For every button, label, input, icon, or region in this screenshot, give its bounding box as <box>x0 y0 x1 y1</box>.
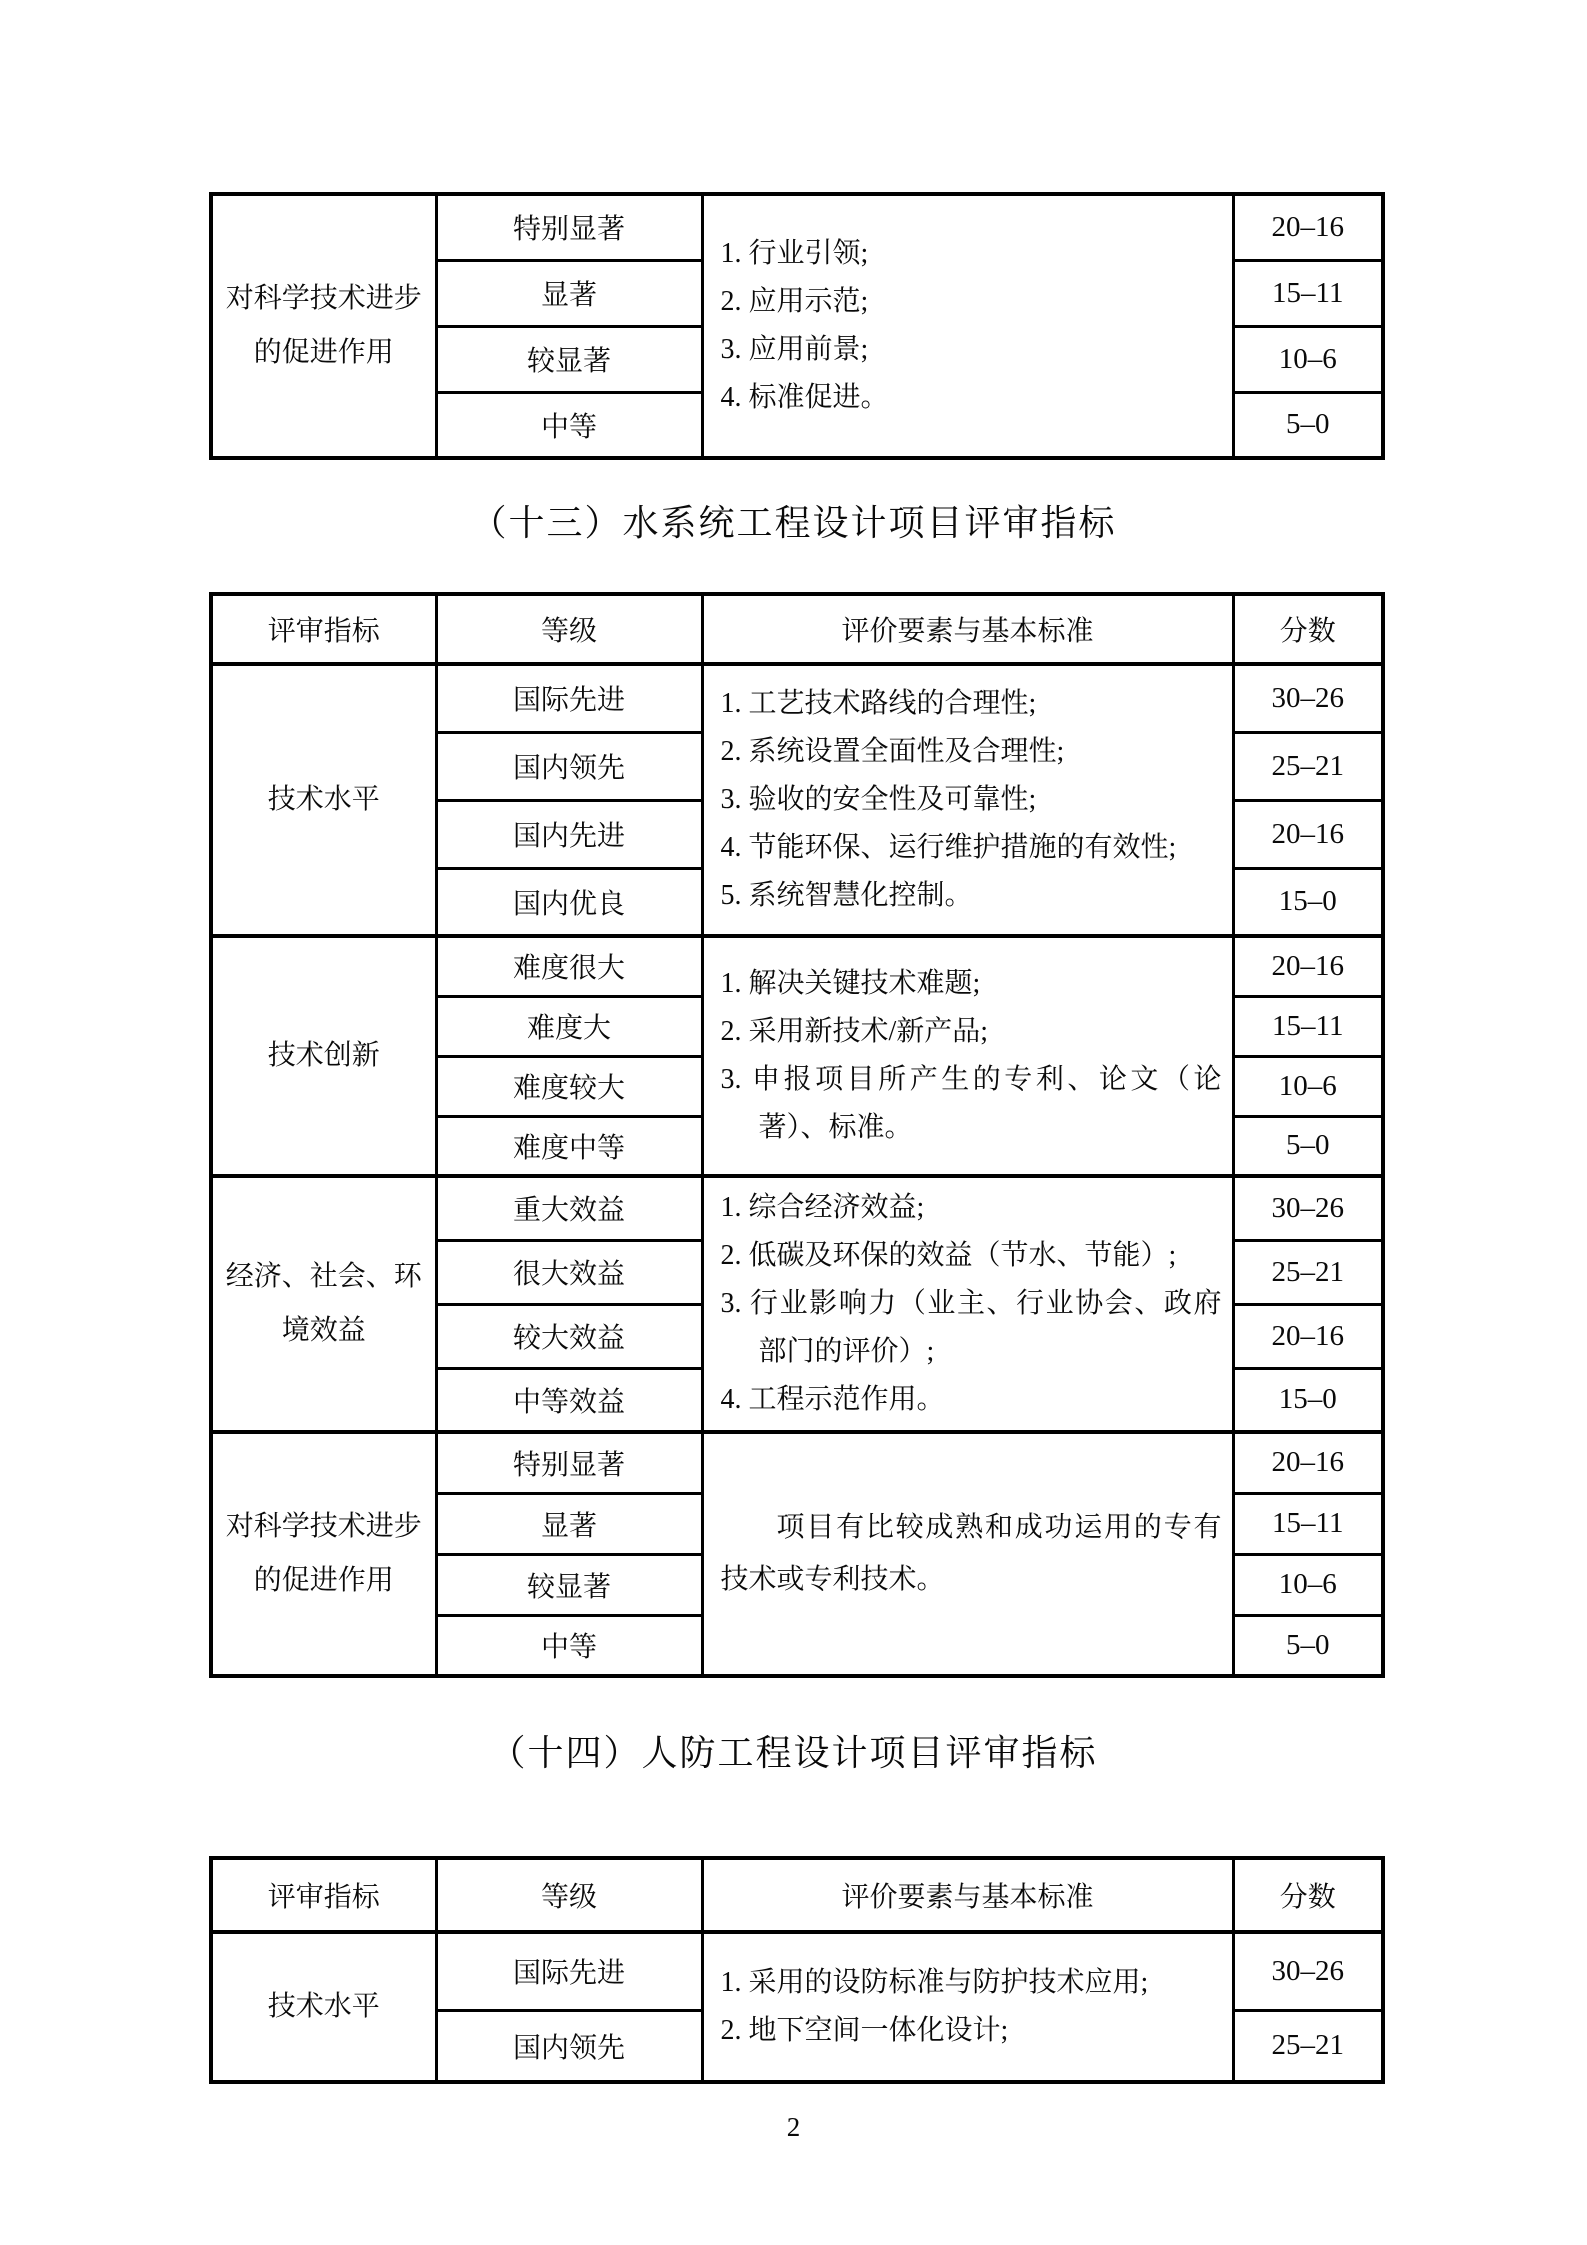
grade-cell: 特别显著 <box>436 194 702 260</box>
grade-cell: 特别显著 <box>436 1432 702 1493</box>
criteria-cell: 1. 工艺技术路线的合理性; 2. 系统设置全面性及合理性; 3. 验收的安全性… <box>702 664 1233 936</box>
criteria-item: 5. 系统智慧化控制。 <box>721 872 1222 920</box>
column-header: 评价要素与基本标准 <box>702 594 1233 664</box>
table-civil-defense: 评审指标 等级 评价要素与基本标准 分数 技术水平 国际先进 1. 采用的设防标… <box>209 1856 1385 2084</box>
indicator-cell: 经济、社会、环境效益 <box>211 1176 436 1432</box>
column-header: 评审指标 <box>211 594 436 664</box>
grade-cell: 中等效益 <box>436 1368 702 1432</box>
grade-cell: 难度大 <box>436 996 702 1056</box>
grade-cell: 难度很大 <box>436 936 702 996</box>
section-14-heading: （十四）人防工程设计项目评审指标 <box>0 1732 1587 1774</box>
criteria-item: 4. 节能环保、运行维护措施的有效性; <box>721 824 1222 872</box>
criteria-item: 3. 申报项目所产生的专利、论文（论著）、标准。 <box>721 1056 1222 1152</box>
column-header: 等级 <box>436 1858 702 1932</box>
grade-cell: 难度较大 <box>436 1056 702 1116</box>
criteria-item: 4. 标准促进。 <box>721 374 1222 422</box>
grade-cell: 较显著 <box>436 1554 702 1615</box>
grade-cell: 较大效益 <box>436 1304 702 1368</box>
grade-cell: 国内领先 <box>436 2010 702 2082</box>
criteria-item: 2. 低碳及环保的效益（节水、节能）; <box>721 1232 1222 1280</box>
indicator-cell: 对科学技术进步的促进作用 <box>211 1432 436 1676</box>
grade-cell: 国内先进 <box>436 800 702 868</box>
score-cell: 20–16 <box>1233 800 1383 868</box>
score-cell: 20–16 <box>1233 1304 1383 1368</box>
score-cell: 20–16 <box>1233 194 1383 260</box>
grade-cell: 显著 <box>436 1493 702 1554</box>
criteria-item: 1. 工艺技术路线的合理性; <box>721 680 1222 728</box>
column-header: 评审指标 <box>211 1858 436 1932</box>
criteria-item: 2. 采用新技术/新产品; <box>721 1008 1222 1056</box>
score-cell: 15–11 <box>1233 260 1383 326</box>
section-13-heading: （十三）水系统工程设计项目评审指标 <box>0 502 1587 544</box>
criteria-cell: 1. 解决关键技术难题; 2. 采用新技术/新产品; 3. 申报项目所产生的专利… <box>702 936 1233 1176</box>
criteria-item: 2. 地下空间一体化设计; <box>721 2007 1222 2055</box>
table-water-system: 评审指标 等级 评价要素与基本标准 分数 技术水平 国际先进 1. 工艺技术路线… <box>209 592 1385 1678</box>
grade-cell: 中等 <box>436 392 702 458</box>
document-page: 对科学技术进步的促进作用 特别显著 1. 行业引领; 2. 应用示范; 3. 应… <box>0 0 1587 2245</box>
indicator-cell: 技术水平 <box>211 664 436 936</box>
column-header: 分数 <box>1233 594 1383 664</box>
criteria-item: 4. 工程示范作用。 <box>721 1376 1222 1424</box>
indicator-cell: 技术水平 <box>211 1932 436 2082</box>
criteria-item: 1. 采用的设防标准与防护技术应用; <box>721 1959 1222 2007</box>
grade-cell: 重大效益 <box>436 1176 702 1240</box>
score-cell: 10–6 <box>1233 326 1383 392</box>
score-cell: 20–16 <box>1233 1432 1383 1493</box>
grade-cell: 国内领先 <box>436 732 702 800</box>
grade-cell: 中等 <box>436 1615 702 1676</box>
grade-cell: 较显著 <box>436 326 702 392</box>
grade-cell: 很大效益 <box>436 1240 702 1304</box>
column-header: 评价要素与基本标准 <box>702 1858 1233 1932</box>
score-cell: 5–0 <box>1233 1116 1383 1176</box>
score-cell: 20–16 <box>1233 936 1383 996</box>
criteria-item: 3. 行业影响力（业主、行业协会、政府部门的评价）; <box>721 1280 1222 1376</box>
criteria-cell: 1. 行业引领; 2. 应用示范; 3. 应用前景; 4. 标准促进。 <box>702 194 1233 458</box>
criteria-paragraph: 项目有比较成熟和成功运用的专有技术或专利技术。 <box>721 1502 1222 1606</box>
grade-cell: 显著 <box>436 260 702 326</box>
criteria-cell: 项目有比较成熟和成功运用的专有技术或专利技术。 <box>702 1432 1233 1676</box>
score-cell: 25–21 <box>1233 1240 1383 1304</box>
criteria-item: 1. 解决关键技术难题; <box>721 960 1222 1008</box>
criteria-item: 1. 综合经济效益; <box>721 1184 1222 1232</box>
grade-cell: 难度中等 <box>436 1116 702 1176</box>
score-cell: 10–6 <box>1233 1554 1383 1615</box>
score-cell: 10–6 <box>1233 1056 1383 1116</box>
score-cell: 15–0 <box>1233 868 1383 936</box>
grade-cell: 国际先进 <box>436 1932 702 2010</box>
indicator-cell: 对科学技术进步的促进作用 <box>211 194 436 458</box>
score-cell: 25–21 <box>1233 2010 1383 2082</box>
score-cell: 15–11 <box>1233 996 1383 1056</box>
criteria-item: 3. 验收的安全性及可靠性; <box>721 776 1222 824</box>
criteria-item: 2. 系统设置全面性及合理性; <box>721 728 1222 776</box>
criteria-item: 3. 应用前景; <box>721 326 1222 374</box>
column-header: 分数 <box>1233 1858 1383 1932</box>
score-cell: 30–26 <box>1233 1932 1383 2010</box>
column-header: 等级 <box>436 594 702 664</box>
grade-cell: 国际先进 <box>436 664 702 732</box>
criteria-cell: 1. 采用的设防标准与防护技术应用; 2. 地下空间一体化设计; <box>702 1932 1233 2082</box>
criteria-item: 1. 行业引领; <box>721 230 1222 278</box>
criteria-item: 2. 应用示范; <box>721 278 1222 326</box>
page-number: 2 <box>0 2112 1587 2143</box>
criteria-cell: 1. 综合经济效益; 2. 低碳及环保的效益（节水、节能）; 3. 行业影响力（… <box>702 1176 1233 1432</box>
score-cell: 25–21 <box>1233 732 1383 800</box>
indicator-cell: 技术创新 <box>211 936 436 1176</box>
score-cell: 15–11 <box>1233 1493 1383 1554</box>
score-cell: 30–26 <box>1233 1176 1383 1240</box>
score-cell: 15–0 <box>1233 1368 1383 1432</box>
grade-cell: 国内优良 <box>436 868 702 936</box>
score-cell: 30–26 <box>1233 664 1383 732</box>
score-cell: 5–0 <box>1233 392 1383 458</box>
table-science-tech-continuation: 对科学技术进步的促进作用 特别显著 1. 行业引领; 2. 应用示范; 3. 应… <box>209 192 1385 460</box>
score-cell: 5–0 <box>1233 1615 1383 1676</box>
